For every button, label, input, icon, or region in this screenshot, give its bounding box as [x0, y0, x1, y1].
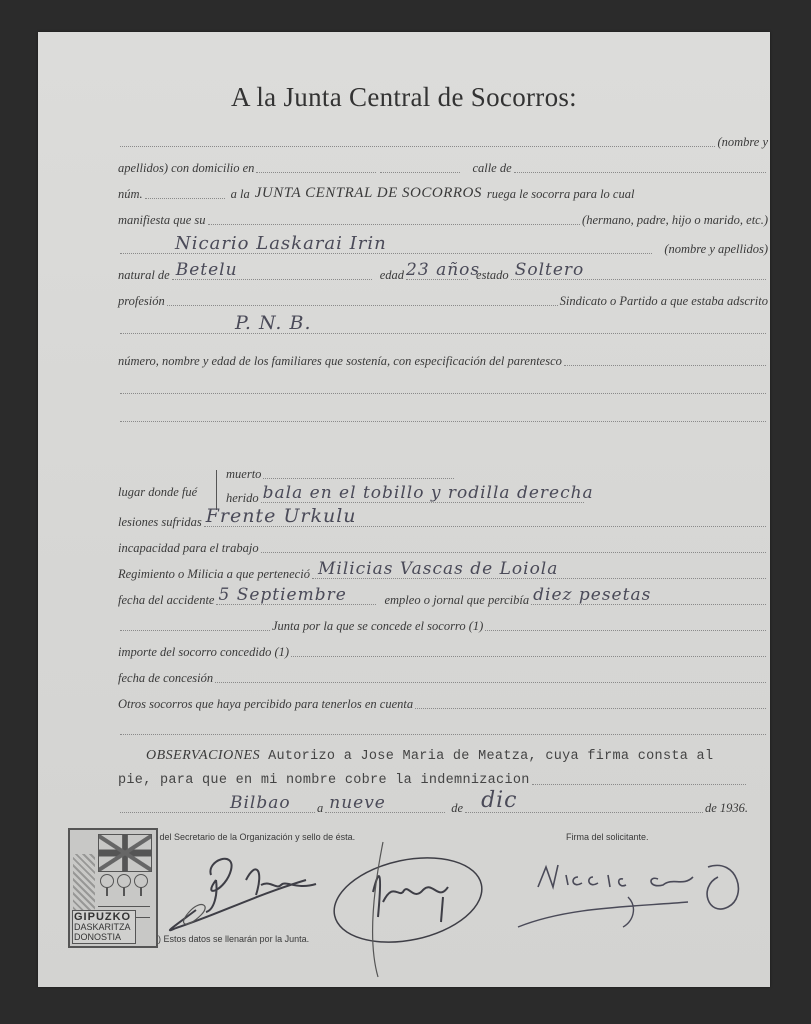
domicilio-label: apellidos) con domicilio en — [118, 161, 254, 176]
natural-value: Betelu — [176, 260, 238, 280]
estado-label: estado — [476, 268, 509, 283]
relation-field[interactable] — [208, 223, 581, 225]
regimiento-value: Milicias Vascas de Loiola — [318, 559, 558, 579]
applicant-signature-label: Firma del solicitante. — [566, 832, 649, 842]
accidente-field[interactable]: 5 Septiembre — [216, 603, 376, 605]
concesion-label: fecha de concesión — [118, 671, 213, 686]
accidente-value: 5 Septiembre — [218, 585, 346, 605]
form-line-name: (nombre y — [118, 130, 768, 150]
meatza-signature — [323, 832, 493, 982]
junta-field[interactable] — [120, 629, 270, 631]
natural-label: natural de — [118, 268, 170, 283]
applicant-signature — [508, 847, 748, 937]
muerto-label: muerto — [226, 467, 261, 482]
muerto-field[interactable] — [263, 477, 454, 479]
natural-field[interactable]: Betelu — [172, 278, 372, 280]
herido-value: bala en el tobillo y rodilla derecha — [263, 483, 594, 503]
place-field[interactable]: Bilbao — [120, 811, 315, 813]
place-value: Bilbao — [230, 793, 291, 813]
month-value: dic — [481, 788, 517, 813]
sindicato-label: Sindicato o Partido a que estaba adscrit… — [560, 294, 768, 309]
regimiento-label: Regimiento o Milicia a que perteneció — [118, 567, 310, 582]
name-suffix-label: (nombre y — [717, 135, 768, 150]
full-name-field[interactable]: Nicario Laskarai Irin — [120, 252, 652, 254]
a-la-label: a la — [231, 187, 250, 202]
profesion-label: profesión — [118, 294, 165, 309]
herido-field[interactable]: bala en el tobillo y rodilla derecha — [261, 501, 584, 503]
stamp-decoration — [73, 854, 95, 916]
otros-field-2[interactable] — [120, 733, 766, 735]
document-title: A la Junta Central de Socorros: — [38, 82, 770, 113]
form-line-observaciones-2: pie, para que en mi nombre cobre la inde… — [118, 768, 748, 788]
junta-central-label: JUNTA CENTRAL DE SOCORROS — [255, 185, 482, 202]
edad-field[interactable]: 23 años — [406, 278, 468, 280]
familiares-field-2[interactable] — [120, 392, 766, 394]
form-line-accidente: fecha del accidente 5 Septiembre empleo … — [118, 588, 768, 608]
edad-value: 23 años — [406, 260, 480, 280]
incapacidad-field[interactable] — [261, 551, 766, 553]
edad-label: edad — [380, 268, 404, 283]
full-name-value: Nicario Laskarai Irin — [175, 233, 387, 254]
gipuzko-stamp: GIPUZKO DASKARITZA DONOSTIA — [68, 828, 158, 948]
lesiones-field[interactable]: Frente Urkulu — [204, 525, 766, 527]
lugar-label: lugar donde fué — [118, 485, 197, 500]
jornal-value: diez pesetas — [533, 585, 651, 605]
lesiones-label: lesiones sufridas — [118, 515, 202, 530]
junta-label: Junta por la que se concede el socorro (… — [272, 619, 483, 634]
concesion-field[interactable] — [215, 681, 766, 683]
importe-field[interactable] — [291, 655, 766, 657]
familiares-field[interactable] — [564, 364, 766, 366]
estado-value: Soltero — [515, 260, 585, 280]
domicilio-field-2[interactable] — [380, 171, 460, 173]
form-line-full-name: Nicario Laskarai Irin (nombre y apellido… — [118, 237, 768, 257]
date-a-label: a — [317, 801, 323, 816]
form-line-muerto: muerto — [226, 462, 456, 482]
estado-field[interactable]: Soltero — [511, 278, 766, 280]
jornal-field[interactable]: diez pesetas — [531, 603, 766, 605]
otros-label: Otros socorros que haya percibido para t… — [118, 697, 413, 712]
day-field[interactable]: nueve — [325, 811, 445, 813]
observaciones-label: OBSERVACIONES — [146, 748, 260, 764]
observaciones-text-1: Autorizo a Jose Maria de Meatza, cuya fi… — [268, 749, 713, 764]
form-line-herido: herido bala en el tobillo y rodilla dere… — [226, 486, 586, 506]
form-line-lesiones: lesiones sufridas Frente Urkulu — [118, 510, 768, 530]
form-line-regimiento: Regimiento o Milicia a que perteneció Mi… — [118, 562, 768, 582]
form-line-date: Bilbao a nueve de dic de 1936. — [118, 796, 748, 816]
accidente-label: fecha del accidente — [118, 593, 214, 608]
form-line-otros-2 — [118, 718, 768, 738]
form-line-familiares-3 — [118, 405, 768, 425]
importe-label: importe del socorro concedido (1) — [118, 645, 289, 660]
partido-value: P. N. B. — [235, 312, 312, 334]
domicilio-field[interactable] — [256, 171, 376, 173]
lesiones-value: Frente Urkulu — [206, 505, 357, 527]
form-line-familiares-2 — [118, 377, 768, 397]
trees-icon — [98, 874, 150, 902]
regimiento-field[interactable]: Milicias Vascas de Loiola — [312, 577, 766, 579]
form-line-partido: P. N. B. — [118, 317, 768, 337]
month-field[interactable]: dic — [465, 811, 703, 813]
name-field[interactable] — [120, 145, 715, 147]
partido-field[interactable]: P. N. B. — [120, 332, 766, 334]
document-page: A la Junta Central de Socorros: (nombre … — [38, 32, 770, 987]
ikurrina-flag-icon — [98, 834, 152, 872]
calle-field[interactable] — [514, 171, 766, 173]
date-de-label: de — [451, 801, 463, 816]
relation-suffix-label: (hermano, padre, hijo o marido, etc.) — [582, 213, 768, 228]
year-label: de 1936. — [705, 801, 748, 816]
form-line-domicilio: apellidos) con domicilio en calle de — [118, 156, 768, 176]
form-line-observaciones: OBSERVACIONES Autorizo a Jose Maria de M… — [146, 744, 776, 764]
stamp-text: GIPUZKO DASKARITZA DONOSTIA — [72, 910, 136, 944]
incapacidad-label: incapacidad para el trabajo — [118, 541, 259, 556]
brace-divider — [216, 470, 221, 510]
form-line-incapacidad: incapacidad para el trabajo — [118, 536, 768, 556]
num-field[interactable] — [145, 197, 225, 199]
otros-field[interactable] — [415, 707, 766, 709]
observaciones-field[interactable] — [532, 783, 746, 785]
secretary-signature — [156, 840, 336, 940]
familiares-label: número, nombre y edad de los familiares … — [118, 354, 562, 369]
calle-label: calle de — [472, 161, 511, 176]
form-line-junta: Junta por la que se concede el socorro (… — [118, 614, 768, 634]
herido-label: herido — [226, 491, 259, 506]
familiares-field-3[interactable] — [120, 420, 766, 422]
form-line-concesion: fecha de concesión — [118, 666, 768, 686]
junta-field-2[interactable] — [485, 629, 766, 631]
form-line-num: núm. a la JUNTA CENTRAL DE SOCORROS rueg… — [118, 182, 768, 202]
num-label: núm. — [118, 187, 143, 202]
profesion-field[interactable] — [167, 304, 558, 306]
lugar-label-row: lugar donde fué — [118, 480, 197, 500]
ruega-label: ruega le socorra para lo cual — [487, 187, 635, 202]
manifiesta-label: manifiesta que su — [118, 213, 206, 228]
full-name-suffix-label: (nombre y apellidos) — [664, 242, 768, 257]
jornal-label: empleo o jornal que percibía — [384, 593, 529, 608]
form-line-parentesco: manifiesta que su (hermano, padre, hijo … — [118, 208, 768, 228]
form-line-familiares: número, nombre y edad de los familiares … — [118, 349, 768, 369]
form-line-natural: natural de Betelu edad 23 años estado So… — [118, 263, 768, 283]
day-value: nueve — [329, 793, 386, 813]
observaciones-text-2: pie, para que en mi nombre cobre la inde… — [118, 773, 530, 788]
form-line-importe: importe del socorro concedido (1) — [118, 640, 768, 660]
form-line-profesion: profesión Sindicato o Partido a que esta… — [118, 289, 768, 309]
form-line-otros: Otros socorros que haya percibido para t… — [118, 692, 768, 712]
